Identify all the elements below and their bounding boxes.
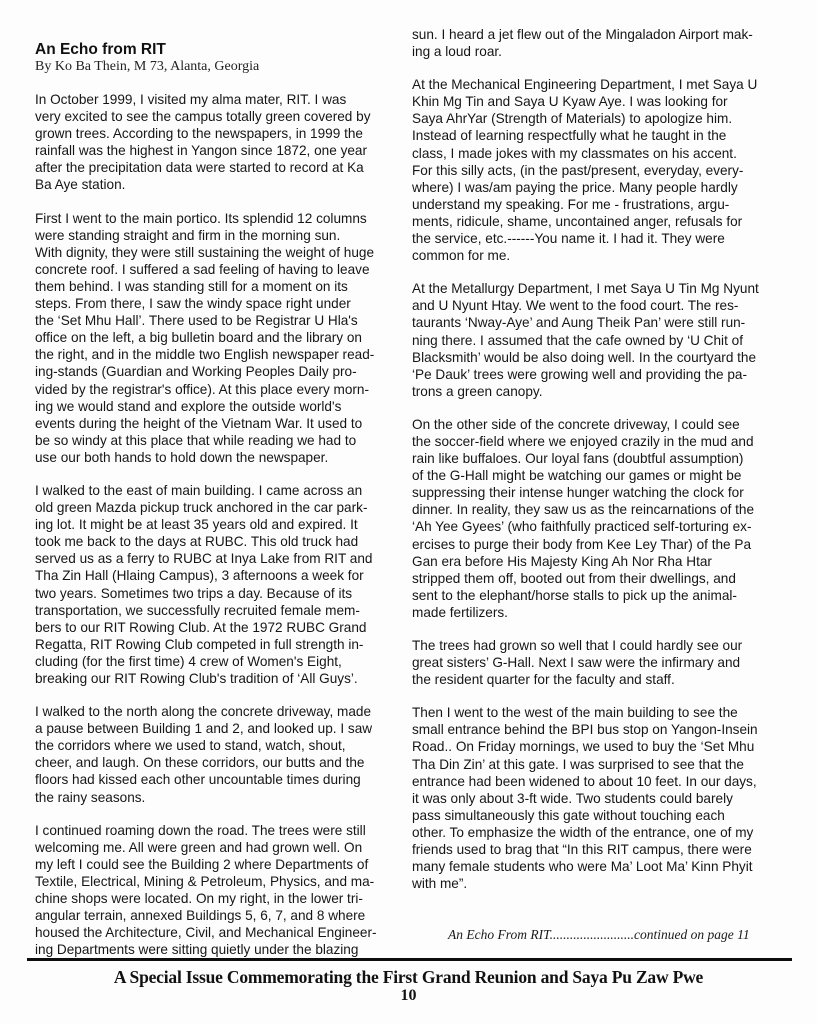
paragraph-west-entrance: Then I went to the west of the main buil… xyxy=(412,704,802,892)
paragraph-g-hall: The trees had grown so well that I could… xyxy=(412,637,802,688)
paragraph-mazda-truck: I walked to the east of main building. I… xyxy=(35,482,417,687)
article-byline: By Ko Ba Thein, M 73, Alanta, Georgia xyxy=(35,59,417,75)
left-column: An Echo from RIT By Ko Ba Thein, M 73, A… xyxy=(35,41,417,974)
continued-note: An Echo From RIT........................… xyxy=(448,927,750,943)
right-column: sun. I heard a jet flew out of the Minga… xyxy=(412,26,802,908)
paragraph-corridors: I walked to the north along the concrete… xyxy=(35,703,417,806)
issue-title: A Special Issue Commemorating the First … xyxy=(0,967,817,988)
footer-divider xyxy=(27,958,792,961)
paragraph-main-portico: First I went to the main portico. Its sp… xyxy=(35,210,417,466)
paragraph-jet: sun. I heard a jet flew out of the Minga… xyxy=(412,26,802,60)
paragraph-visit-rit: In October 1999, I visited my alma mater… xyxy=(35,91,417,194)
page-number: 10 xyxy=(0,987,817,1005)
newsletter-page: An Echo from RIT By Ko Ba Thein, M 73, A… xyxy=(0,0,817,1024)
paragraph-metallurgy-dept: At the Metallurgy Department, I met Saya… xyxy=(412,280,802,400)
paragraph-roaming: I continued roaming down the road. The t… xyxy=(35,822,417,959)
paragraph-mechanical-dept: At the Mechanical Engineering Department… xyxy=(412,76,802,264)
paragraph-soccer-field: On the other side of the concrete drivew… xyxy=(412,416,802,621)
article-title: An Echo from RIT xyxy=(35,41,417,59)
